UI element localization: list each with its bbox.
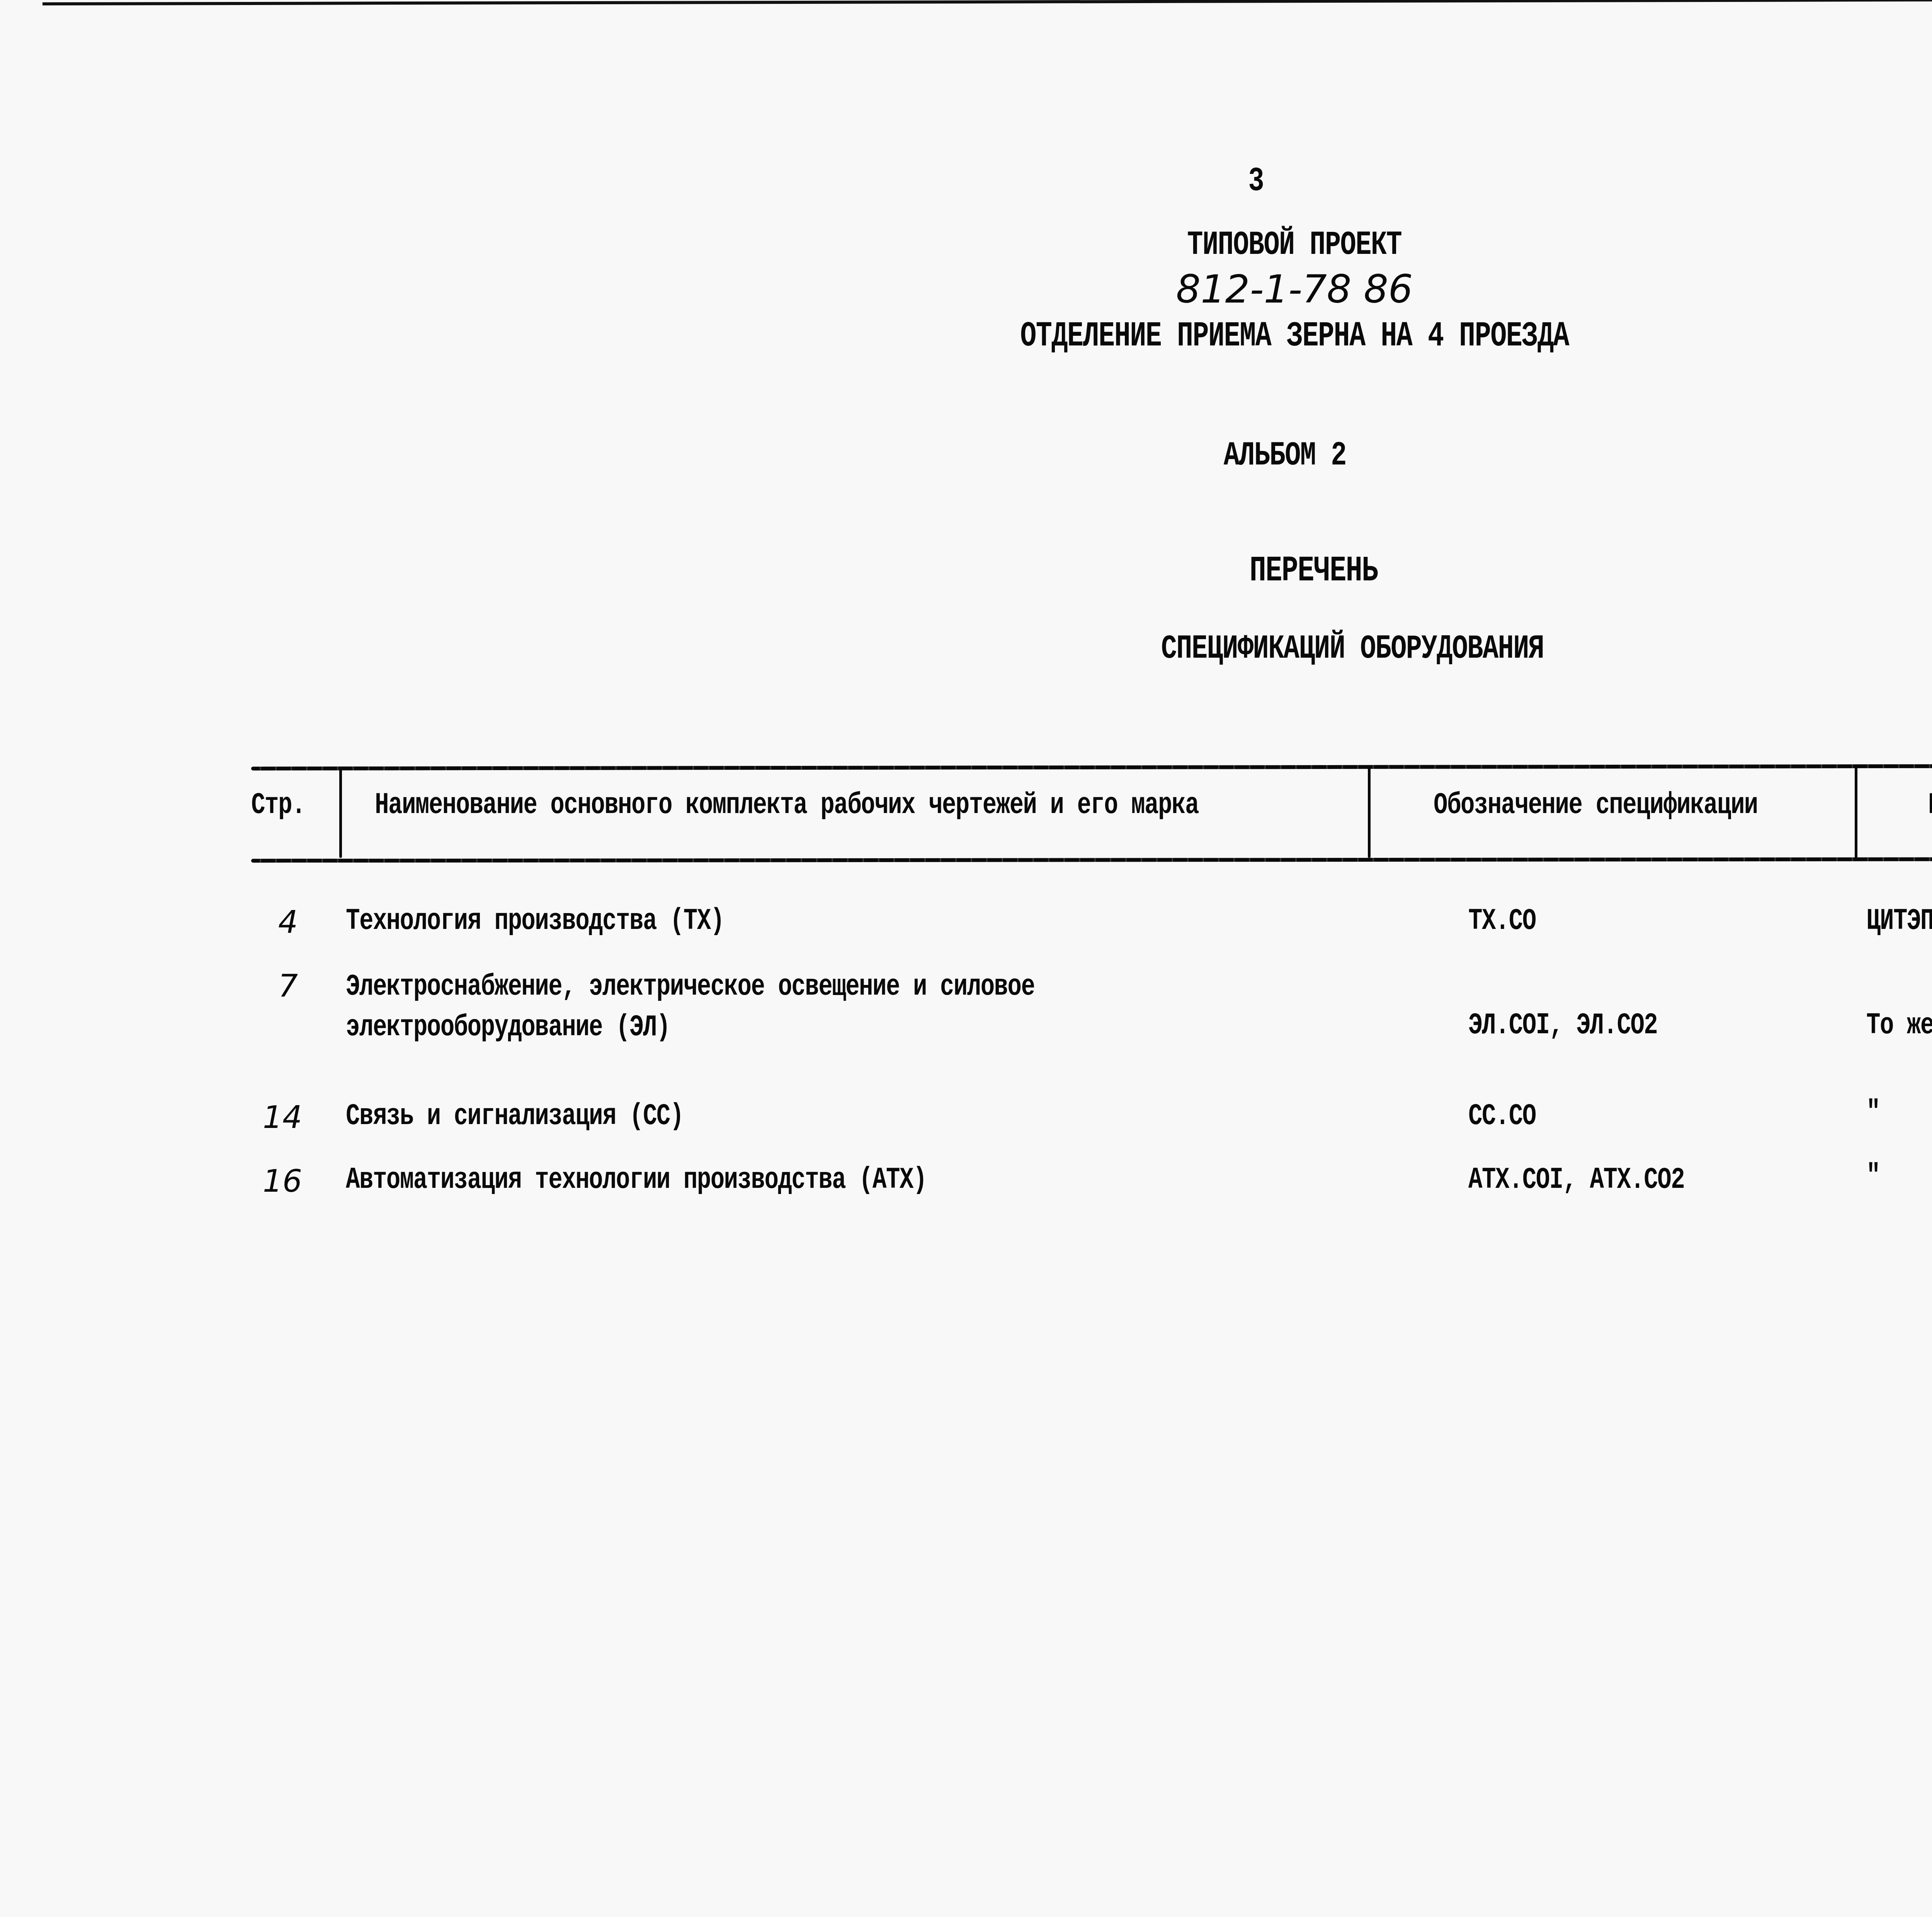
row-spec: АТХ.СОI, АТХ.СО2 — [1468, 1163, 1684, 1197]
row-spec: ТХ.СО — [1468, 904, 1536, 938]
row-page-ref: 16 — [263, 1163, 302, 1199]
album-text: АЛЬБОМ 2 — [1223, 437, 1346, 475]
column-header-org-text: Проектная организация — [1928, 788, 1932, 822]
column-header-org: Проектная организация — [1928, 788, 1932, 822]
row-name: Связь и сигнализация (СС) — [346, 1099, 684, 1133]
row-spec: СС.СО — [1468, 1099, 1536, 1133]
column-header-spec-text: Обозначение спецификации — [1434, 788, 1758, 822]
project-type-text: ТИПОВОЙ ПРОЕКТ — [1187, 226, 1402, 264]
project-title: ОТДЕЛЕНИЕ ПРИЕМА ЗЕРНА НА 4 ПРОЕЗДА — [869, 317, 1719, 356]
row-name: Автоматизация технологии производства (А… — [346, 1163, 927, 1197]
column-header-page: Стр. — [251, 788, 320, 822]
column-header-spec: Обозначение спецификации — [1434, 788, 1849, 822]
list-title: ПЕРЕЧЕНЬ — [1159, 551, 1468, 591]
row-org: ЦИТЭПсельхоззерно — [1866, 904, 1932, 938]
row-org-ditto: " — [1866, 1159, 1880, 1193]
project-title-text: ОТДЕЛЕНИЕ ПРИЕМА ЗЕРНА НА 4 ПРОЕЗДА — [1020, 317, 1569, 356]
table-header-top-rule — [251, 764, 1932, 771]
row-name: Технология производства (ТХ) — [346, 904, 724, 938]
page-number: 3 — [1217, 162, 1294, 201]
project-number: 812-1-78 86 — [1140, 267, 1449, 315]
row-spec: ЭЛ.СОI, ЭЛ.СО2 — [1468, 1009, 1657, 1043]
column-header-name-text: Наименование основного комплекта рабочих… — [375, 788, 1199, 822]
column-separator — [339, 767, 342, 858]
row-name-continuation: электрооборудование (ЭЛ) — [346, 1010, 670, 1044]
row-org: То же — [1866, 1009, 1932, 1043]
list-subtitle: СПЕЦИФИКАЦИЙ ОБОРУДОВАНИЯ — [1101, 630, 1604, 668]
column-separator — [1855, 767, 1857, 858]
column-header-page-text: Стр. — [251, 788, 305, 822]
project-type: ТИПОВОЙ ПРОЕКТ — [1121, 226, 1468, 264]
table-header-bottom-rule — [251, 857, 1932, 863]
album-label: АЛЬБОМ 2 — [1159, 437, 1410, 475]
row-name: Электроснабжение, электрическое освещени… — [346, 970, 1034, 1004]
page-number-text: 3 — [1248, 162, 1264, 201]
row-page-ref: 7 — [278, 968, 298, 1004]
row-page-ref: 4 — [278, 904, 298, 940]
project-number-handwritten: 812-1-78 86 — [1176, 267, 1413, 312]
row-org-ditto: " — [1866, 1095, 1880, 1129]
list-subtitle-text: СПЕЦИФИКАЦИЙ ОБОРУДОВАНИЯ — [1161, 630, 1544, 668]
row-page-ref: 14 — [263, 1099, 302, 1135]
list-title-text: ПЕРЕЧЕНЬ — [1250, 551, 1378, 591]
scan-edge-top — [43, 0, 1932, 5]
column-header-name: Наименование основного комплекта рабочих… — [375, 788, 1431, 822]
